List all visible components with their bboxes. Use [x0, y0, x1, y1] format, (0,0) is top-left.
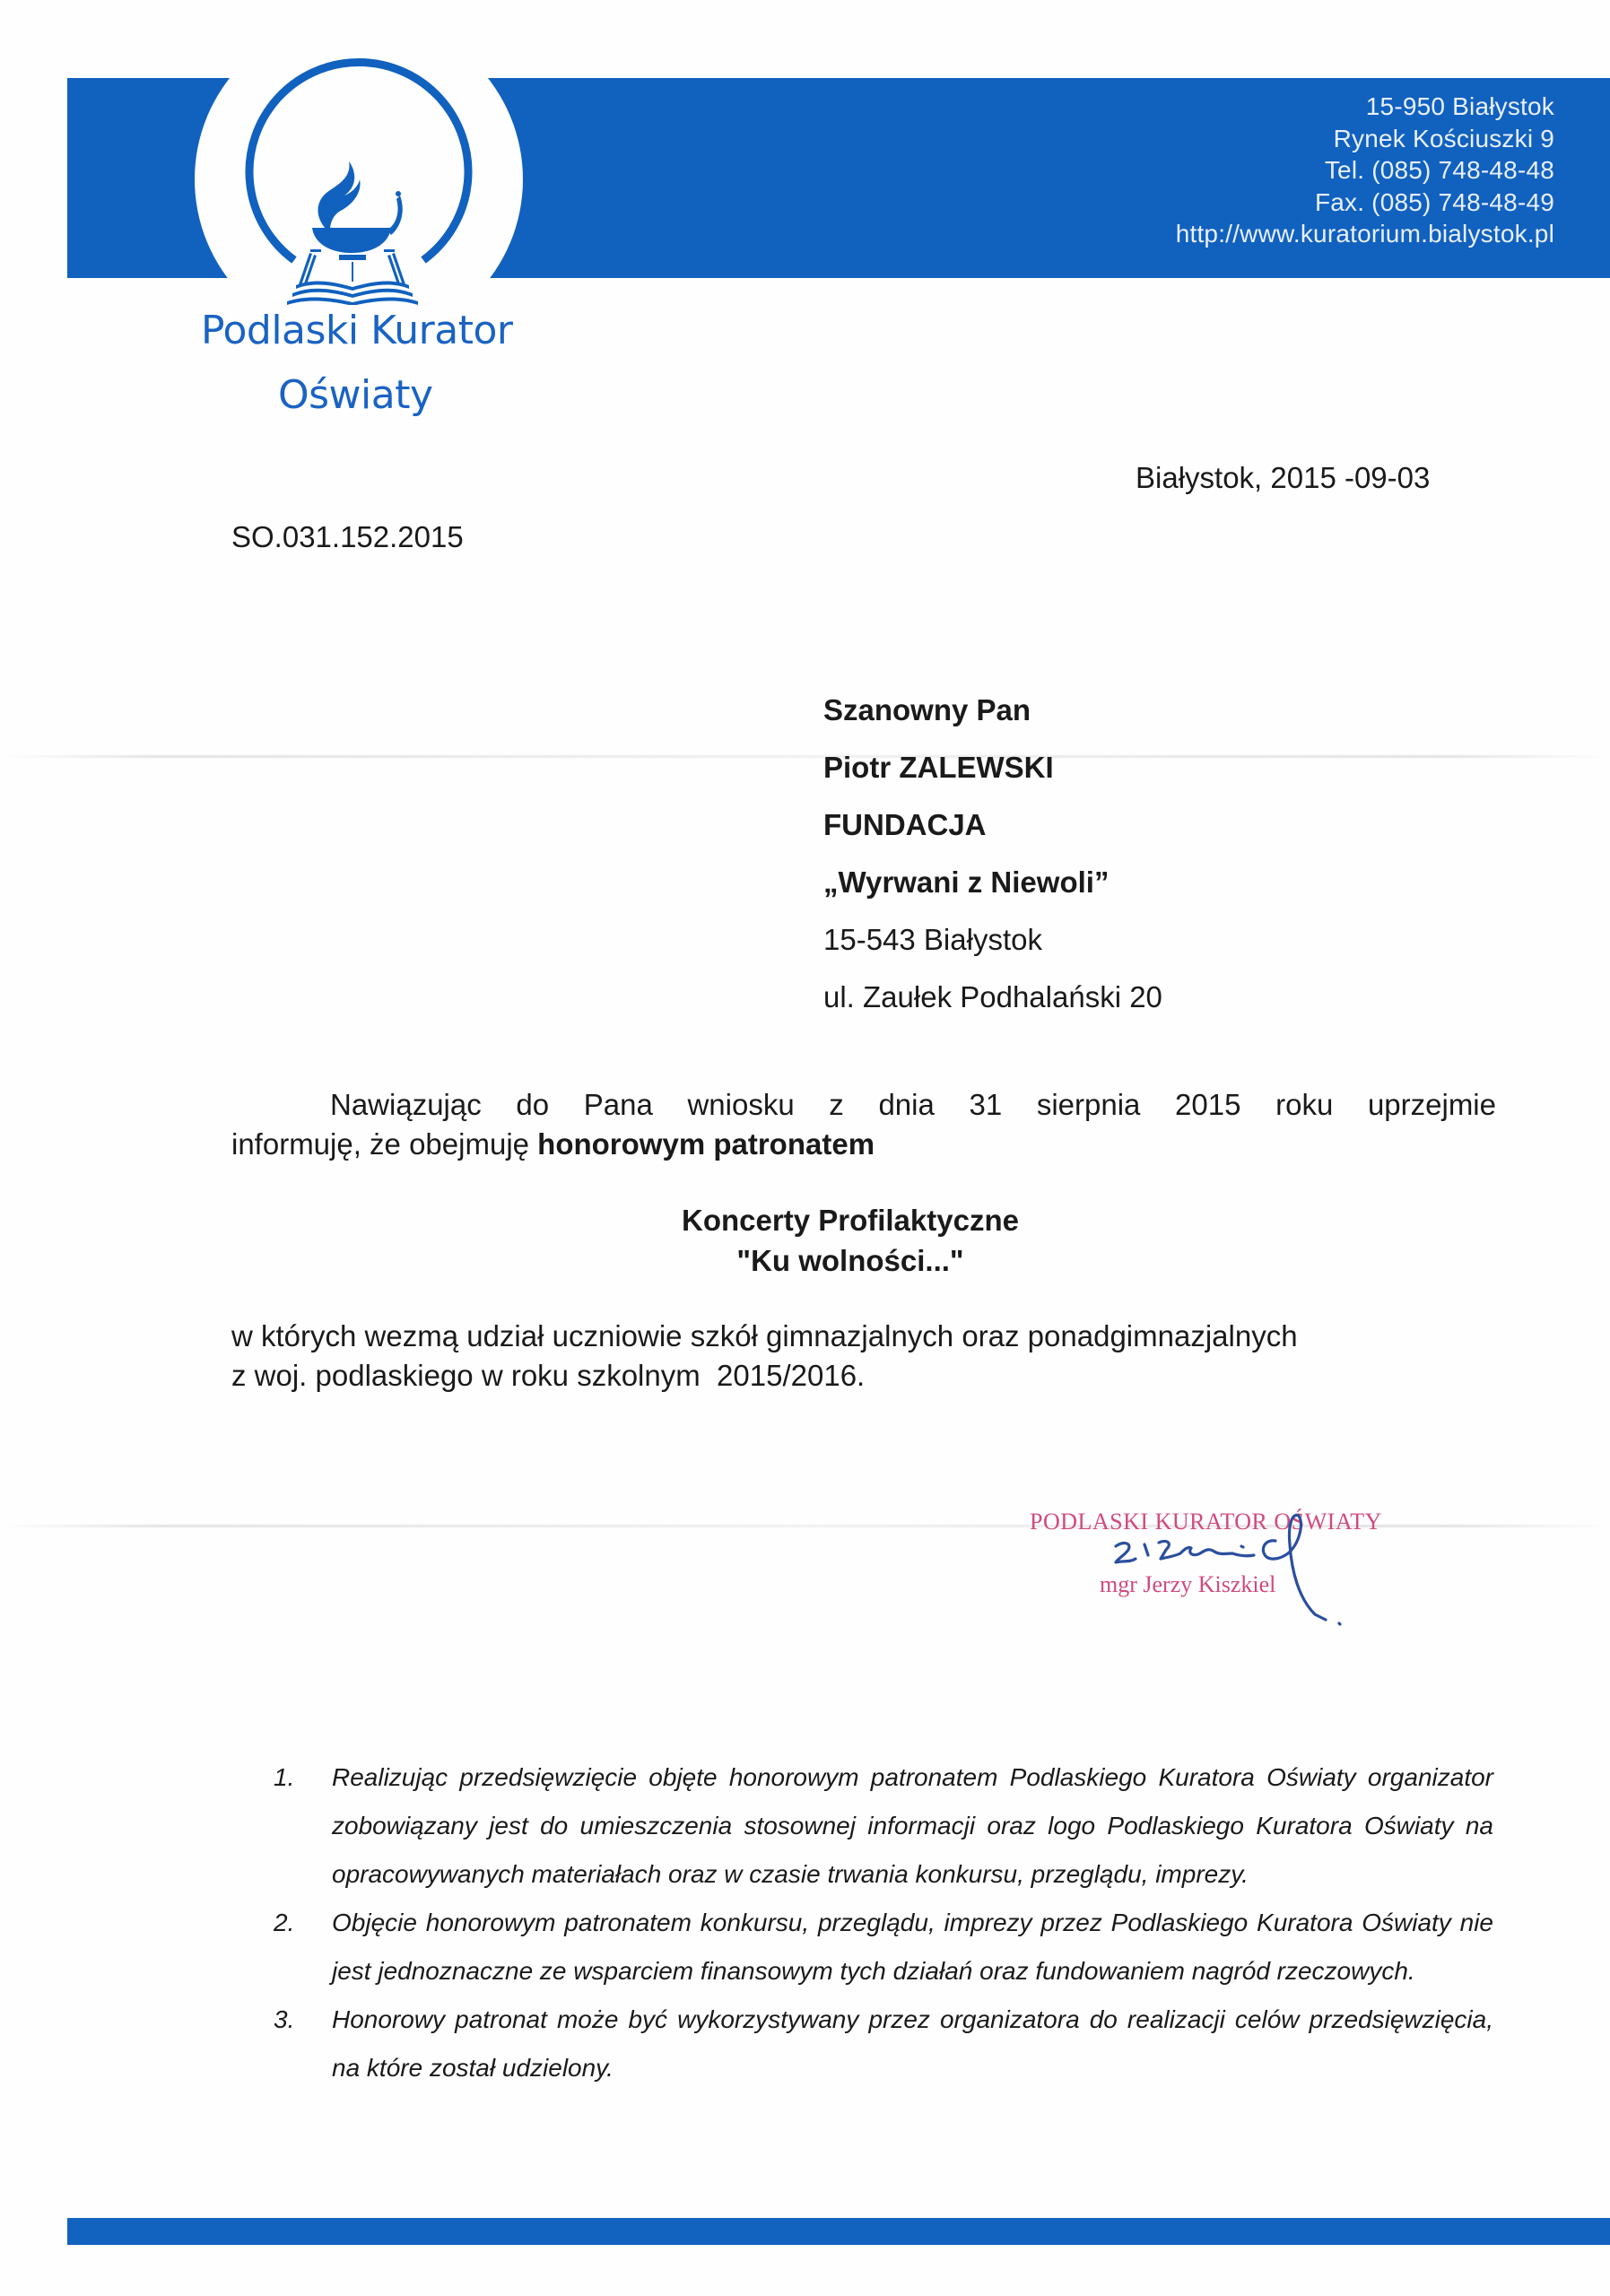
- condition-text: Honorowy patronat może być wykorzystywan…: [332, 1996, 1493, 2092]
- condition-number: 3.: [274, 1996, 294, 2044]
- recipient-org-name: „Wyrwani z Niewoli”: [823, 863, 1162, 920]
- recipient-org-type: FUNDACJA: [823, 805, 1162, 863]
- salutation: Szanowny Pan: [823, 691, 1162, 748]
- body-text: informuję, że obejmuję: [231, 1127, 537, 1161]
- condition-item: 2. Objęcie honorowym patronatem konkursu…: [274, 1899, 1493, 1996]
- condition-number: 2.: [274, 1899, 294, 1947]
- body-paragraph-2-line-2: z woj. podlaskiego w roku szkolnym 2015/…: [231, 1356, 1505, 1396]
- conditions-list: 1. Realizując przedsięwzięcie objęte hon…: [274, 1753, 1493, 2092]
- recipient-postal: 15-543 Białystok: [823, 920, 1162, 978]
- event-title-line-2: "Ku wolności...": [231, 1240, 1469, 1281]
- body-paragraph-2: w których wezmą udział uczniowie szkół g…: [231, 1317, 1505, 1396]
- event-title: Koncerty Profilaktyczne "Ku wolności...": [231, 1200, 1469, 1281]
- recipient-address: Szanowny Pan Piotr ZALEWSKI FUNDACJA „Wy…: [823, 691, 1162, 1035]
- handwritten-signature: [1030, 1509, 1406, 1634]
- official-stamp: PODLASKI KURATOR OŚWIATY mgr Jerzy Kiszk…: [1030, 1509, 1406, 1634]
- place-and-date: Białystok, 2015 -09-03: [1136, 461, 1430, 495]
- footer-band: [67, 2218, 1610, 2245]
- reference-number: SO.031.152.2015: [231, 520, 464, 554]
- contact-block: 15-950 Białystok Rynek Kościuszki 9 Tel.…: [1176, 91, 1554, 250]
- contact-phone: Tel. (085) 748-48-48: [1176, 154, 1554, 187]
- paper-crease: [0, 755, 1610, 758]
- condition-text: Realizując przedsięwzięcie objęte honoro…: [332, 1753, 1493, 1899]
- contact-fax: Fax. (085) 748-48-49: [1176, 187, 1554, 219]
- logo-emblem: [179, 0, 538, 305]
- contact-postal: 15-950 Białystok: [1176, 91, 1554, 123]
- body-paragraph-1-line-1: Nawiązując do Pana wniosku z dnia 31 sie…: [231, 1085, 1496, 1125]
- condition-item: 3. Honorowy patronat może być wykorzysty…: [274, 1996, 1493, 2092]
- recipient-street: ul. Zaułek Podhalański 20: [823, 978, 1162, 1035]
- body-paragraph-1-line-2: informuję, że obejmuję honorowym patrona…: [231, 1127, 875, 1161]
- organization-name: Podlaski Kurator: [201, 308, 512, 353]
- contact-website[interactable]: http://www.kuratorium.bialystok.pl: [1176, 218, 1554, 250]
- body-paragraph-2-line-1: w których wezmą udział uczniowie szkół g…: [231, 1317, 1505, 1356]
- event-title-line-1: Koncerty Profilaktyczne: [231, 1200, 1469, 1240]
- condition-text: Objęcie honorowym patronatem konkursu, p…: [332, 1899, 1493, 1996]
- recipient-name: Piotr ZALEWSKI: [823, 748, 1162, 805]
- organization-name-line2: Oświaty: [278, 372, 433, 418]
- contact-street: Rynek Kościuszki 9: [1176, 123, 1554, 155]
- emphasis-honorary-patronage: honorowym patronatem: [537, 1127, 875, 1161]
- body-paragraph-1: Nawiązując do Pana wniosku z dnia 31 sie…: [231, 1085, 1496, 1164]
- condition-number: 1.: [274, 1753, 294, 1802]
- condition-item: 1. Realizując przedsięwzięcie objęte hon…: [274, 1753, 1493, 1899]
